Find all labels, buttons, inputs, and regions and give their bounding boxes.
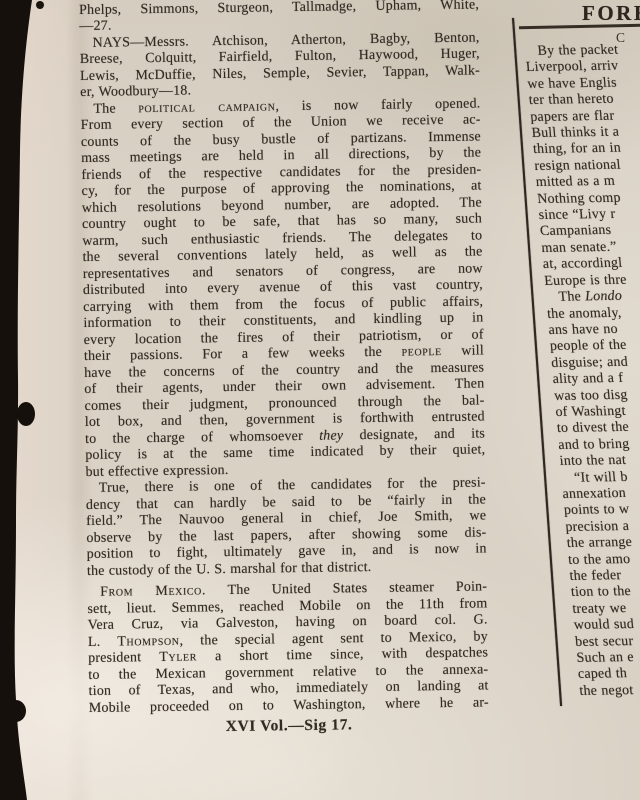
text-line: would sud — [573, 616, 640, 635]
torn-page-edge — [0, 0, 32, 800]
text-line: thing, for an in — [532, 140, 640, 159]
text-line: to the amo — [568, 550, 640, 569]
text-line: we have Englis — [527, 74, 640, 93]
text-line: into the nat — [559, 452, 640, 471]
newspaper-photo: Johnson, Mangum,Phelps, Simmons, Sturgeo… — [0, 0, 640, 800]
text-line: man senate.” — [541, 238, 640, 257]
text-line: the arrange — [566, 534, 640, 553]
text-line: ter than hereto — [528, 91, 640, 110]
text-line: and to bring — [558, 435, 640, 454]
senate-vote-list: Johnson, Mangum,Phelps, Simmons, Sturgeo… — [79, 0, 481, 102]
binding-notch — [6, 700, 26, 722]
text-line: at, accordingl — [542, 255, 640, 274]
text-line: treaty we — [572, 599, 640, 618]
text-line: ality and a f — [552, 370, 640, 389]
text-line: resign national — [534, 156, 640, 175]
text-line: the negot — [579, 681, 640, 700]
text-line: best secur — [575, 632, 640, 651]
text-line: By the packet — [524, 41, 640, 60]
binding-edge — [0, 0, 60, 800]
text-line: papers are flar — [530, 107, 640, 126]
binding-hole — [17, 402, 35, 426]
left-column: Johnson, Mangum,Phelps, Simmons, Sturgeo… — [79, 0, 489, 737]
text-line: was too disg — [554, 386, 640, 405]
text-line: since “Livy r — [538, 206, 640, 225]
text-line: tion to the — [570, 583, 640, 602]
paragraph-from-mexico: From Mexico. The United States steamer P… — [87, 579, 489, 717]
text-line: annexation — [562, 484, 640, 503]
text-line: Campanians — [539, 222, 640, 241]
text-line: “It will b — [561, 468, 640, 487]
text-line: points to w — [563, 501, 640, 520]
text-line: ans have no — [548, 320, 640, 339]
text-line: of Washingt — [555, 402, 640, 421]
text-line: to divest the — [556, 419, 640, 438]
text-line: disguise; and — [551, 353, 640, 372]
text-line: mitted as a m — [535, 173, 640, 192]
text-line: the anomaly, — [546, 304, 640, 323]
ink-speck — [36, 1, 44, 9]
text-line: caped th — [577, 665, 640, 684]
text-line: Liverpool, arriv — [525, 58, 640, 77]
text-line: Nothing comp — [537, 189, 640, 208]
paragraph-candidate-true: True, there is one of the candidates for… — [86, 475, 487, 580]
text-line: the feder — [569, 566, 640, 585]
text-line: people of the — [549, 337, 640, 356]
text-line: The Londo — [545, 288, 640, 307]
text-line: Europe is thre — [544, 271, 640, 290]
text-line: Such an e — [576, 648, 640, 667]
text-line: precision a — [565, 517, 640, 536]
paragraph-political-campaign: The political campaign, is now fairly op… — [80, 96, 485, 481]
section-heading-fragment: FORE — [582, 1, 640, 26]
text-line: Bull thinks it a — [531, 124, 640, 143]
